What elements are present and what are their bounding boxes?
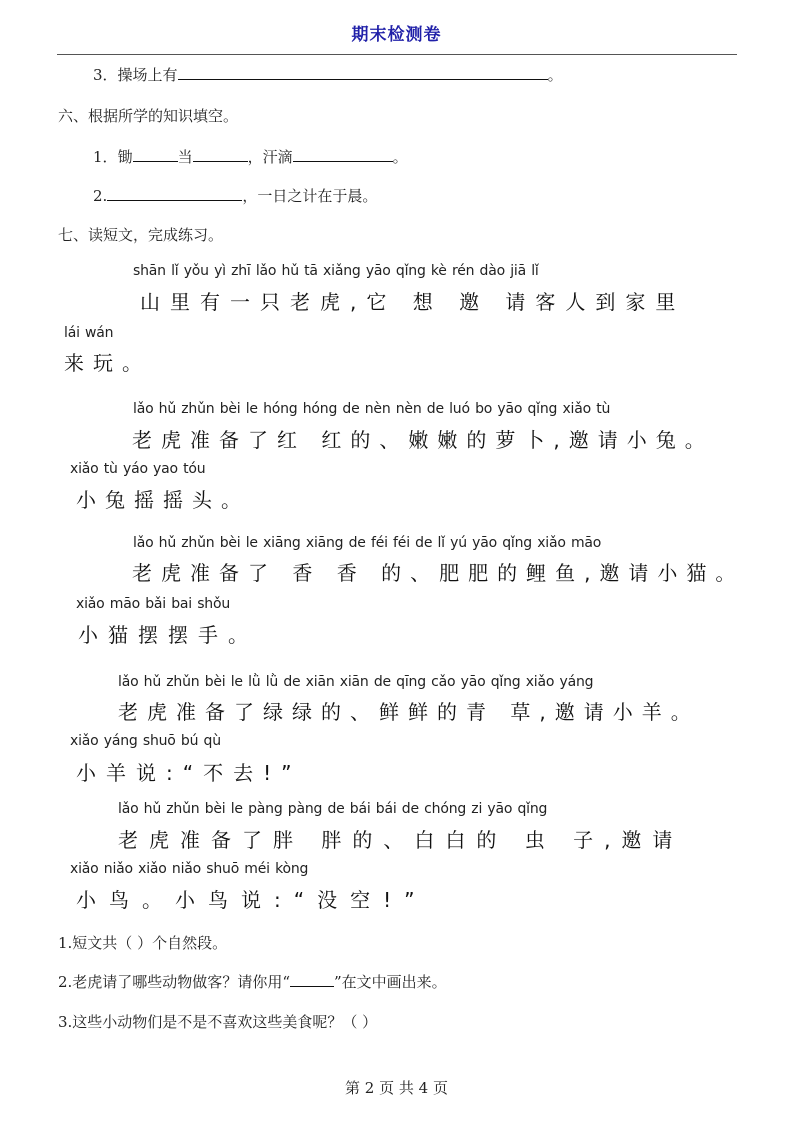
pinyin-line-3: lǎo hǔ zhǔn bèi le hóng hóng de nèn nèn … bbox=[133, 401, 610, 417]
hanzi-line-8: 小羊说:“不去!” bbox=[76, 757, 301, 786]
pinyin-line-7: lǎo hǔ zhǔn bèi le lǜ lǜ de xiān xiān de… bbox=[118, 674, 593, 690]
hanzi-line-6: 小猫摆摆手。 bbox=[78, 619, 258, 648]
text-part: 锄 bbox=[118, 148, 133, 166]
question-5-3: 3．操场上有。 bbox=[93, 64, 563, 85]
answer-blank[interactable] bbox=[293, 147, 393, 162]
question-suffix: 。 bbox=[548, 66, 563, 84]
question-6-1: 1．锄当，汗滴。 bbox=[93, 146, 408, 167]
header-divider bbox=[57, 54, 737, 55]
text-part: ，一日之计在于晨。 bbox=[242, 187, 377, 205]
question-number: 2. bbox=[93, 187, 107, 205]
pinyin-line-5: lǎo hǔ zhǔn bèi le xiāng xiāng de féi fé… bbox=[133, 535, 601, 551]
text-part: ，汗滴 bbox=[248, 148, 293, 166]
hanzi-line-10: 小鸟。小鸟说:“没空!” bbox=[76, 884, 427, 913]
question-7-2: 2.老虎请了哪些动物做客？请你用“”在文中画出来。 bbox=[58, 971, 447, 992]
pinyin-line-8: xiǎo yáng shuō bú qù bbox=[70, 733, 221, 749]
section-7-heading: 七、读短文，完成练习。 bbox=[58, 224, 223, 245]
pinyin-line-1: shān lǐ yǒu yì zhī lǎo hǔ tā xiǎng yāo q… bbox=[133, 263, 539, 279]
hanzi-line-9: 老虎准备了胖 胖的、白白的 虫 子,邀请 bbox=[118, 824, 683, 853]
hanzi-line-3: 老虎准备了红 红的、嫩嫩的萝卜,邀请小兔。 bbox=[132, 424, 714, 453]
question-number: 3． bbox=[93, 66, 118, 84]
question-number: 1． bbox=[93, 148, 118, 166]
question-prefix: 操场上有 bbox=[118, 66, 178, 84]
pinyin-line-10: xiǎo niǎo xiǎo niǎo shuō méi kòng bbox=[70, 861, 308, 877]
hanzi-line-5: 老虎准备了 香 香 的、肥肥的鲤鱼,邀请小猫。 bbox=[132, 557, 744, 586]
page-header-title: 期末检测卷 bbox=[0, 20, 793, 45]
hanzi-line-7: 老虎准备了绿绿的、鲜鲜的青 草,邀请小羊。 bbox=[118, 696, 700, 725]
question-text: ”在文中画出来。 bbox=[334, 973, 447, 991]
underline-sample bbox=[290, 972, 334, 987]
answer-blank[interactable] bbox=[107, 186, 242, 201]
hanzi-line-1: 山里有一只老虎,它 想 邀 请客人到家里 bbox=[140, 286, 685, 315]
question-6-2: 2.，一日之计在于晨。 bbox=[93, 185, 377, 206]
page-number-footer: 第 2 页 共 4 页 bbox=[0, 1077, 793, 1098]
text-part: 当 bbox=[178, 148, 193, 166]
answer-blank[interactable] bbox=[178, 65, 548, 80]
question-text: 2.老虎请了哪些动物做客？请你用“ bbox=[58, 973, 290, 991]
answer-blank[interactable] bbox=[193, 147, 248, 162]
pinyin-line-2: lái wán bbox=[64, 325, 113, 341]
pinyin-line-4: xiǎo tù yáo yao tóu bbox=[70, 461, 205, 477]
text-part: 。 bbox=[393, 148, 408, 166]
pinyin-line-6: xiǎo māo bǎi bai shǒu bbox=[76, 596, 230, 612]
section-6-heading: 六、根据所学的知识填空。 bbox=[58, 105, 238, 126]
hanzi-line-4: 小兔摇摇头。 bbox=[76, 484, 250, 513]
pinyin-line-9: lǎo hǔ zhǔn bèi le pàng pàng de bái bái … bbox=[118, 801, 547, 817]
answer-blank[interactable] bbox=[133, 147, 178, 162]
hanzi-line-2: 来玩。 bbox=[64, 347, 151, 376]
question-7-3: 3.这些小动物们是不是不喜欢这些美食呢？（ ） bbox=[58, 1011, 377, 1032]
question-7-1: 1.短文共（ ）个自然段。 bbox=[58, 932, 227, 953]
